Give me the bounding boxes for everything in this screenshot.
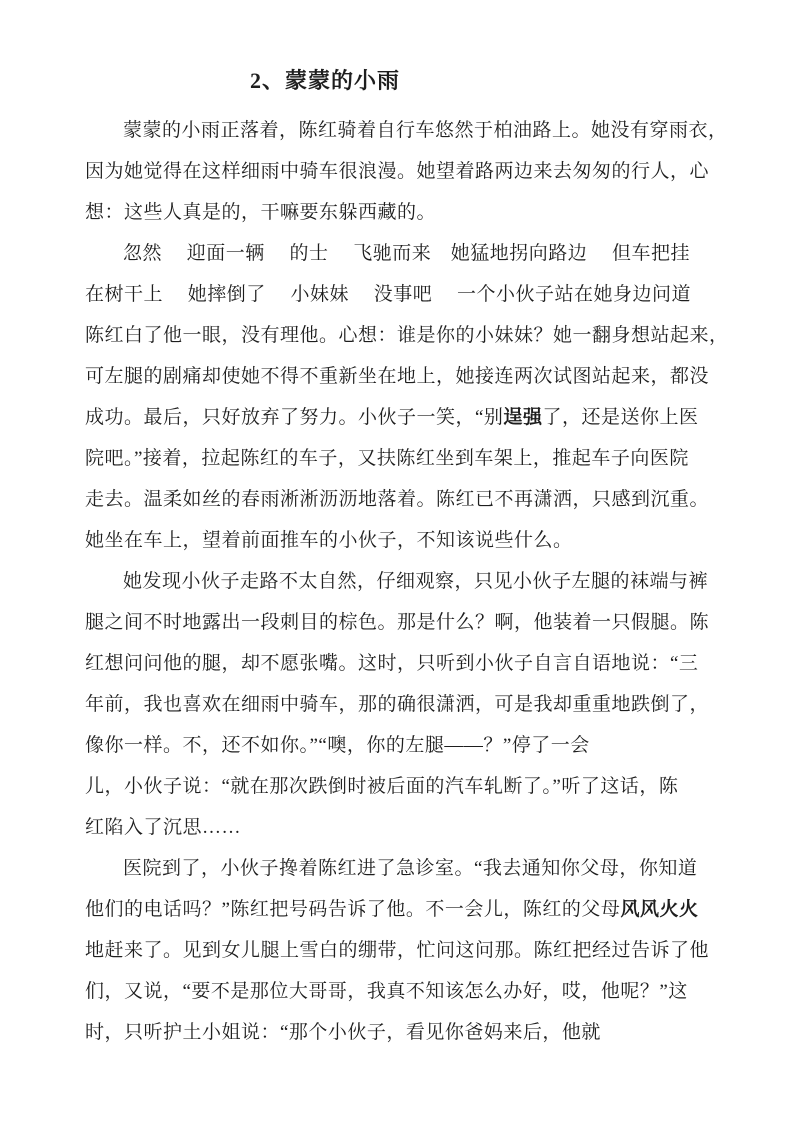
text-segment: 他们的电话吗？”陈红把号码告诉了他。不一会儿，陈红的父母	[85, 899, 620, 920]
paragraph: 蒙蒙的小雨正落着，陈红骑着自行车悠然于柏油路上。她没有穿雨衣，因为她觉得在这样细…	[85, 110, 745, 233]
text-line: 陈红白了他一眼，没有理他。心想：谁是你的小妹妹？她一翻身想站起来，	[85, 315, 745, 356]
text-segment: 了，还是送你上医	[542, 407, 698, 428]
text-segment: 红陷入了沉思……	[85, 817, 241, 838]
text-line: 成功。最后，只好放弃了努力。小伙子一笑，“别逞强了，还是送你上医	[85, 397, 745, 438]
text-line: 因为她觉得在这样细雨中骑车很浪漫。她望着路两边来去匆匆的行人，心	[85, 151, 745, 192]
text-segment: 儿，小伙子说：“就在那次跌倒时被后面的汽车轧断了。”听了这话，陈	[85, 776, 678, 797]
text-line: 他们的电话吗？”陈红把号码告诉了他。不一会儿，陈红的父母风风火火	[85, 889, 745, 930]
text-line: 们，又说，“要不是那位大哥哥，我真不知该怎么办好，哎，他呢？”这	[85, 971, 745, 1012]
text-line: 蒙蒙的小雨正落着，陈红骑着自行车悠然于柏油路上。她没有穿雨衣，	[85, 110, 745, 151]
text-segment: 们，又说，“要不是那位大哥哥，我真不知该怎么办好，哎，他呢？”这	[85, 981, 688, 1002]
text-segment: 蒙蒙的小雨正落着，陈红骑着自行车悠然于柏油路上。她没有穿雨衣，	[123, 120, 728, 141]
text-segment: 医院到了，小伙子搀着陈红进了急诊室。“我去通知你父母，你知道	[123, 858, 697, 879]
paragraph: 医院到了，小伙子搀着陈红进了急诊室。“我去通知你父母，你知道他们的电话吗？”陈红…	[85, 848, 745, 1053]
paragraph: 她发现小伙子走路不太自然，仔细观察，只见小伙子左腿的袜端与裤腿之间不时地露出一段…	[85, 561, 745, 848]
text-segment: 院吧。”接着，拉起陈红的车子，又扶陈红坐到车架上，推起车子向医院	[85, 448, 689, 469]
text-line: 儿，小伙子说：“就在那次跌倒时被后面的汽车轧断了。”听了这话，陈	[85, 766, 745, 807]
text-line: 想：这些人真是的，干嘛要东躲西藏的。	[85, 192, 745, 233]
text-line: 年前，我也喜欢在细雨中骑车，那的确很潇洒，可是我却重重地跌倒了，	[85, 684, 745, 725]
text-line: 红想问问他的腿，却不愿张嘴。这时，只听到小伙子自言自语地说：“三	[85, 643, 745, 684]
emphasized-text: 逞强	[503, 407, 542, 428]
text-line: 像你一样。不，还不如你。”“噢，你的左腿——？”停了一会	[85, 725, 745, 766]
text-segment: 时，只听护土小姐说：“那个小伙子，看见你爸妈来后，他就	[85, 1022, 601, 1043]
text-segment: 走去。温柔如丝的春雨淅淅沥沥地落着。陈红已不再潇洒，只感到沉重。	[85, 489, 709, 510]
emphasized-text: 风风火火	[620, 899, 698, 920]
text-segment: 像你一样。不，还不如你。”“噢，你的左腿——？”停了一会	[85, 735, 590, 756]
text-line: 时，只听护土小姐说：“那个小伙子，看见你爸妈来后，他就	[85, 1012, 745, 1053]
document-body: 2、蒙蒙的小雨 蒙蒙的小雨正落着，陈红骑着自行车悠然于柏油路上。她没有穿雨衣，因…	[85, 60, 745, 1053]
text-line: 红陷入了沉思……	[85, 807, 745, 848]
text-segment: 红想问问他的腿，却不愿张嘴。这时，只听到小伙子自言自语地说：“三	[85, 653, 698, 674]
text-line: 院吧。”接着，拉起陈红的车子，又扶陈红坐到车架上，推起车子向医院	[85, 438, 745, 479]
text-line: 地赶来了。见到女儿腿上雪白的绷带，忙问这问那。陈红把经过告诉了他	[85, 930, 745, 971]
page: 2、蒙蒙的小雨 蒙蒙的小雨正落着，陈红骑着自行车悠然于柏油路上。她没有穿雨衣，因…	[0, 0, 793, 1122]
document-title: 2、蒙蒙的小雨	[250, 60, 745, 101]
text-line: 腿之间不时地露出一段刺目的棕色。那是什么？啊，他装着一只假腿。陈	[85, 602, 745, 643]
text-line: 走去。温柔如丝的春雨淅淅沥沥地落着。陈红已不再潇洒，只感到沉重。	[85, 479, 745, 520]
text-segment: 腿之间不时地露出一段刺目的棕色。那是什么？啊，他装着一只假腿。陈	[85, 612, 709, 633]
paragraph: 忽然 迎面一辆 的士 飞驰而来 她猛地拐向路边 但车把挂在树干上 她摔倒了 小妹…	[85, 233, 745, 561]
text-segment: 年前，我也喜欢在细雨中骑车，那的确很潇洒，可是我却重重地跌倒了，	[85, 694, 709, 715]
text-segment: 地赶来了。见到女儿腿上雪白的绷带，忙问这问那。陈红把经过告诉了他	[85, 940, 709, 961]
text-segment: 陈红白了他一眼，没有理他。心想：谁是你的小妹妹？她一翻身想站起来，	[85, 325, 729, 346]
text-segment: 因为她觉得在这样细雨中骑车很浪漫。她望着路两边来去匆匆的行人，心	[85, 161, 709, 182]
text-segment: 在树干上 她摔倒了 小妹妹 没事吧 一个小伙子站在她身边问道	[85, 284, 691, 305]
text-line: 医院到了，小伙子搀着陈红进了急诊室。“我去通知你父母，你知道	[85, 848, 745, 889]
text-line: 她发现小伙子走路不太自然，仔细观察，只见小伙子左腿的袜端与裤	[85, 561, 745, 602]
text-segment: 忽然 迎面一辆 的士 飞驰而来 她猛地拐向路边 但车把挂	[123, 243, 690, 264]
text-segment: 想：这些人真是的，干嘛要东躲西藏的。	[85, 202, 436, 223]
text-line: 她坐在车上，望着前面推车的小伙子，不知该说些什么。	[85, 520, 745, 561]
text-segment: 成功。最后，只好放弃了努力。小伙子一笑，“别	[85, 407, 503, 428]
text-line: 可左腿的剧痛却使她不得不重新坐在地上，她接连两次试图站起来，都没	[85, 356, 745, 397]
text-segment: 可左腿的剧痛却使她不得不重新坐在地上，她接连两次试图站起来，都没	[85, 366, 709, 387]
text-line: 忽然 迎面一辆 的士 飞驰而来 她猛地拐向路边 但车把挂	[85, 233, 745, 274]
text-line: 在树干上 她摔倒了 小妹妹 没事吧 一个小伙子站在她身边问道	[85, 274, 745, 315]
text-segment: 她发现小伙子走路不太自然，仔细观察，只见小伙子左腿的袜端与裤	[123, 571, 708, 592]
text-segment: 她坐在车上，望着前面推车的小伙子，不知该说些什么。	[85, 530, 573, 551]
